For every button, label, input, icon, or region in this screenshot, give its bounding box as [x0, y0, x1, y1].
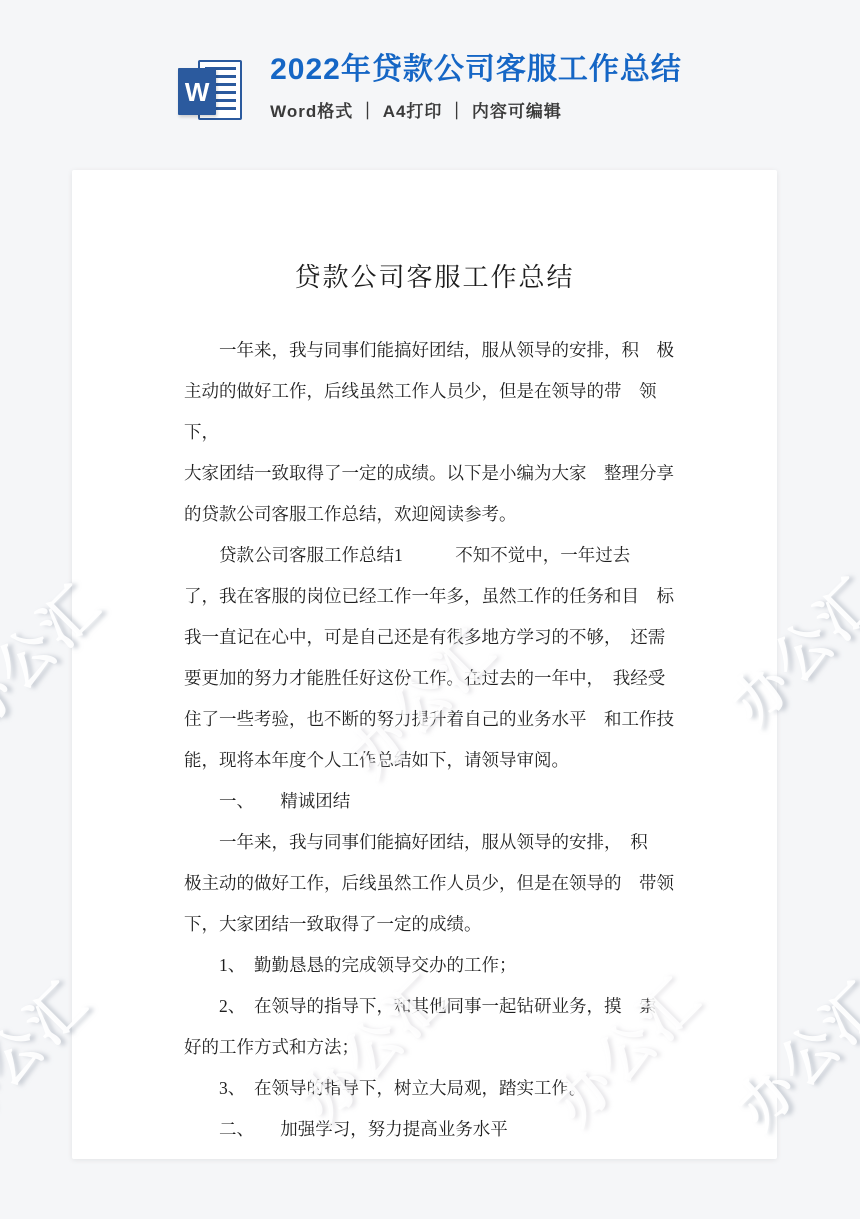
document-page: 贷款公司客服工作总结 一年来，我与同事们能搞好团结，服从领导的安排，积 极 主动…	[72, 170, 777, 1159]
header-text: 2022年贷款公司客服工作总结 Word格式 ｜ A4打印 ｜ 内容可编辑	[270, 52, 682, 122]
doc-paragraph: 一年来，我与同事们能搞好团结，服从领导的安排，积 极 主动的做好工作，后线虽然工…	[184, 330, 685, 535]
header-title: 2022年贷款公司客服工作总结	[270, 52, 682, 88]
page-canvas: W 2022年贷款公司客服工作总结 Word格式 ｜ A4打印 ｜ 内容可编辑 …	[0, 0, 860, 1219]
word-icon: W	[178, 60, 242, 128]
header-meta: Word格式 ｜ A4打印 ｜ 内容可编辑	[270, 97, 682, 122]
word-icon-panel: W	[178, 68, 216, 115]
doc-paragraph: 一年来，我与同事们能搞好团结，服从领导的安排， 积 极主动的做好工作，后线虽然工…	[184, 822, 685, 945]
doc-list-item: 1、 勤勤恳恳的完成领导交办的工作；	[184, 945, 685, 986]
doc-list-item: 3、 在领导的指导下，树立大局观，踏实工作。	[184, 1068, 685, 1109]
doc-heading: 一、 精诚团结	[184, 781, 685, 822]
doc-heading: 二、 加强学习，努力提高业务水平	[184, 1109, 685, 1150]
doc-list-item: 2、 在领导的指导下，和其他同事一起钻研业务，摸 索 好的工作方式和方法；	[184, 986, 685, 1068]
header: W 2022年贷款公司客服工作总结 Word格式 ｜ A4打印 ｜ 内容可编辑	[0, 52, 860, 128]
word-icon-letter: W	[185, 79, 210, 105]
doc-paragraph: 贷款公司客服工作总结1 不知不觉中，一年过去 了，我在客服的岗位已经工作一年多，…	[184, 535, 685, 781]
doc-title: 贷款公司客服工作总结	[184, 256, 685, 300]
